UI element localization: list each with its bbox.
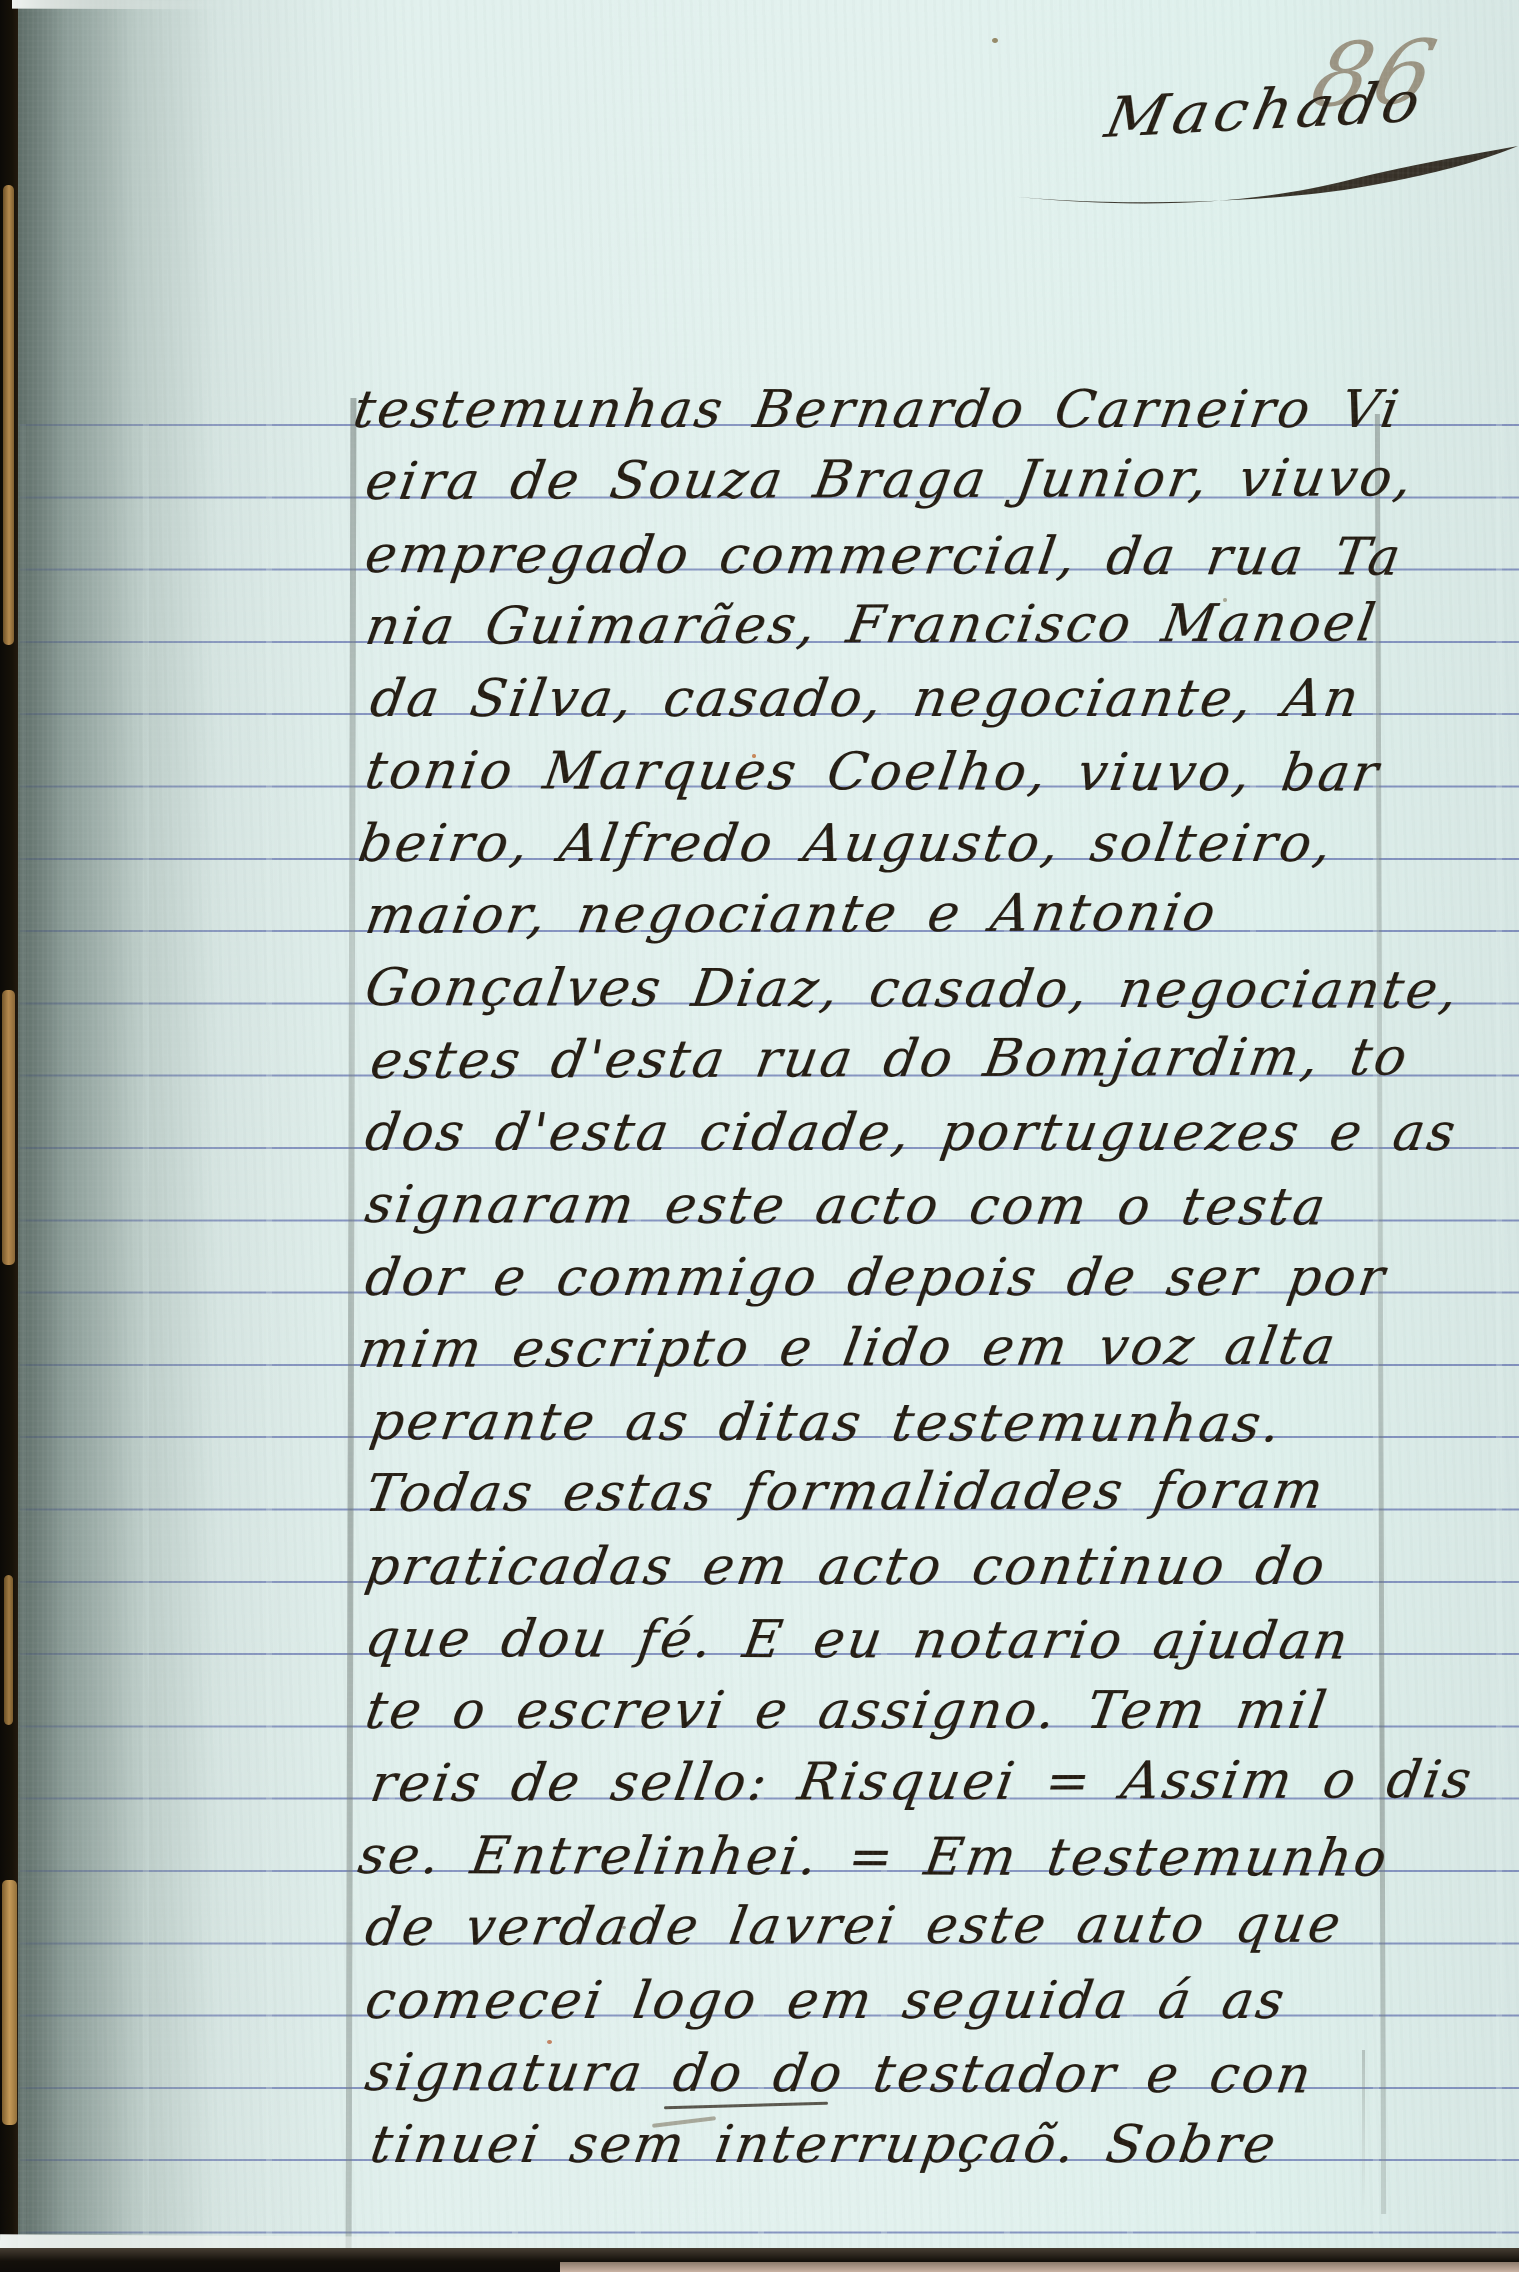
manuscript-page-scan: 86 Machado testemunhas Bernardo Carneiro… (0, 0, 1519, 2272)
manuscript-line: perante as ditas testemunhas. (365, 1386, 1411, 1461)
manuscript-line: da Silva, casado, negociante, An (365, 663, 1411, 735)
page-paper: 86 Machado testemunhas Bernardo Carneiro… (12, 0, 1519, 2256)
manuscript-line: estes d'esta rua do Bomjardim, to (365, 1021, 1412, 1097)
paper-speck (622, 1926, 626, 1929)
manuscript-line: signatura do do testador e con (360, 2037, 1411, 2112)
page-edge-tan (2, 1880, 17, 2125)
manuscript-line: de verdade lavrei este auto que (360, 1889, 1412, 1965)
manuscript-line: signaram este acto com o testa (360, 1169, 1411, 1244)
manuscript-line: nia Guimarães, Francisco Manoel (360, 587, 1412, 663)
desk-surface (560, 2262, 1519, 2272)
manuscript-line: empregado commercial, da rua Ta (360, 519, 1411, 594)
manuscript-line: Gonçalves Diaz, casado, negociante, (360, 952, 1411, 1027)
manuscript-line: maior, negociante e Antonio (360, 876, 1412, 952)
manuscript-line: Todas estas formalidades foram (360, 1455, 1412, 1531)
manuscript-line: testemunhas Bernardo Carneiro Vi (348, 374, 1411, 446)
page-edge-tan (3, 185, 14, 645)
paper-speck (1223, 598, 1227, 602)
manuscript-line: mim escripto e lido em voz alta (353, 1310, 1412, 1386)
paper-speck (992, 38, 998, 43)
pencil-scratch (1362, 2050, 1365, 2210)
signature-flourish (1004, 116, 1519, 216)
manuscript-line: praticadas em acto continuo do (360, 1531, 1411, 1603)
page-top-edge (12, 0, 222, 9)
manuscript-line: beiro, Alfredo Augusto, solteiro, (353, 808, 1411, 880)
page-edge-tan (4, 1575, 13, 1725)
manuscript-line: eira de Souza Braga Junior, viuvo, (360, 443, 1412, 519)
manuscript-text: testemunhas Bernardo Carneiro Vi eira de… (362, 374, 1402, 2181)
binding-edge (0, 0, 18, 2272)
page-edge-tan (2, 990, 15, 1265)
manuscript-line: dos d'esta cidade, portuguezes e as (360, 1097, 1411, 1169)
manuscript-line: tinuei sem interrupçaõ. Sobre (365, 2109, 1411, 2181)
manuscript-line: que dou fé. E eu notario ajudan (360, 1603, 1411, 1678)
paper-speck (547, 2040, 552, 2044)
manuscript-line: se. Entrelinhei. = Em testemunho (353, 1820, 1411, 1895)
manuscript-line: tonio Marques Coelho, viuvo, bar (360, 735, 1411, 810)
manuscript-line: te o escrevi e assigno. Tem mil (360, 1675, 1411, 1747)
manuscript-line: dor e commigo depois de ser por (360, 1242, 1411, 1314)
paper-speck (752, 754, 756, 758)
manuscript-line: reis de sello: Risquei = Assim o dis (365, 1744, 1412, 1820)
manuscript-line: comecei logo em seguida á as (360, 1965, 1411, 2037)
